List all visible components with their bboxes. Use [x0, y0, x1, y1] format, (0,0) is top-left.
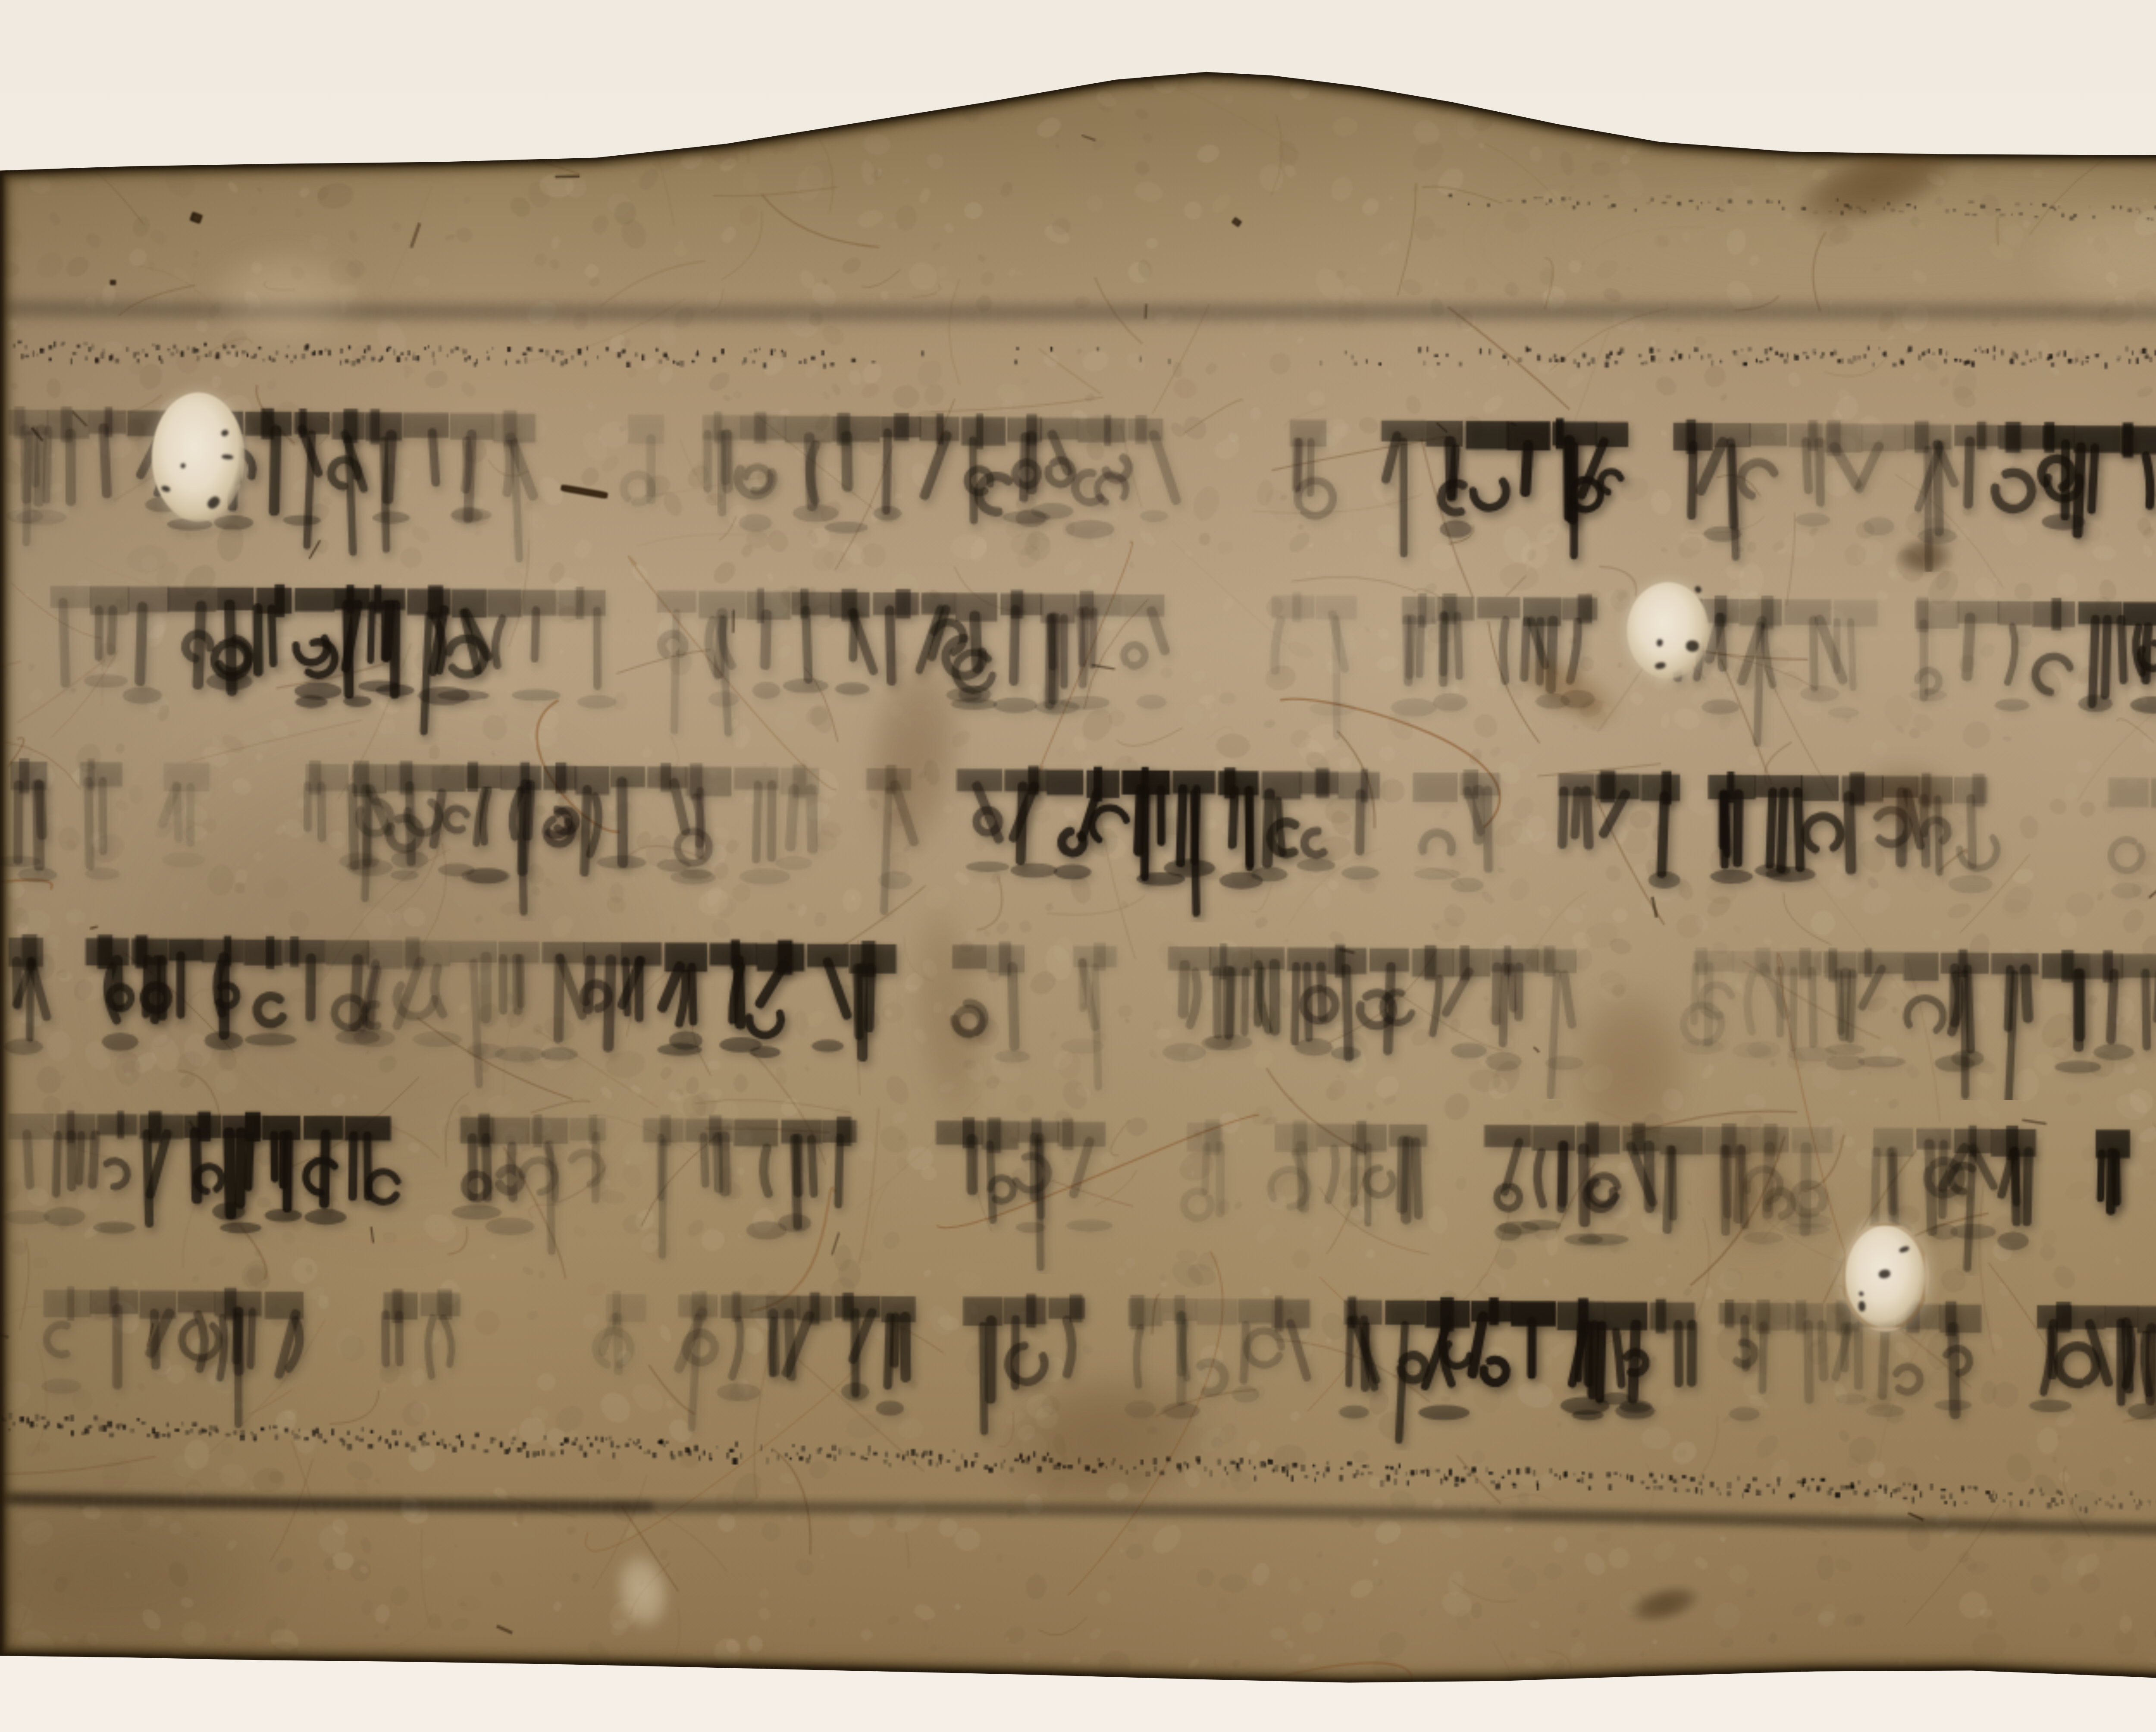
script-line-2	[0, 572, 2156, 749]
hole-ink-speck	[222, 454, 234, 460]
script-line-1	[0, 396, 2156, 573]
hole-ink-speck	[1656, 639, 1663, 647]
hole-ink-speck	[205, 495, 222, 511]
hole-ink-speck	[160, 485, 171, 493]
hole-ink-speck	[1655, 662, 1666, 670]
hole-ink-speck	[1899, 1245, 1910, 1253]
hole-ink-speck	[220, 429, 230, 438]
script-line-5	[0, 1100, 2156, 1277]
script-line-3	[0, 748, 2156, 925]
string-hole-3	[1841, 1221, 1929, 1332]
photo-background	[0, 0, 2156, 1732]
hole-ink-speck	[1686, 640, 1699, 652]
script-line-4	[0, 924, 2156, 1101]
string-hole-1	[152, 392, 245, 522]
script-line-6	[0, 1276, 2156, 1453]
string-hole-2	[1627, 582, 1709, 679]
hole-ink-speck	[1878, 1269, 1891, 1280]
hole-ink-speck	[180, 462, 187, 469]
hole-ink-speck	[1858, 1301, 1866, 1312]
hole-ink-speck	[1858, 1291, 1865, 1297]
manuscript-sheet	[0, 0, 2156, 1732]
